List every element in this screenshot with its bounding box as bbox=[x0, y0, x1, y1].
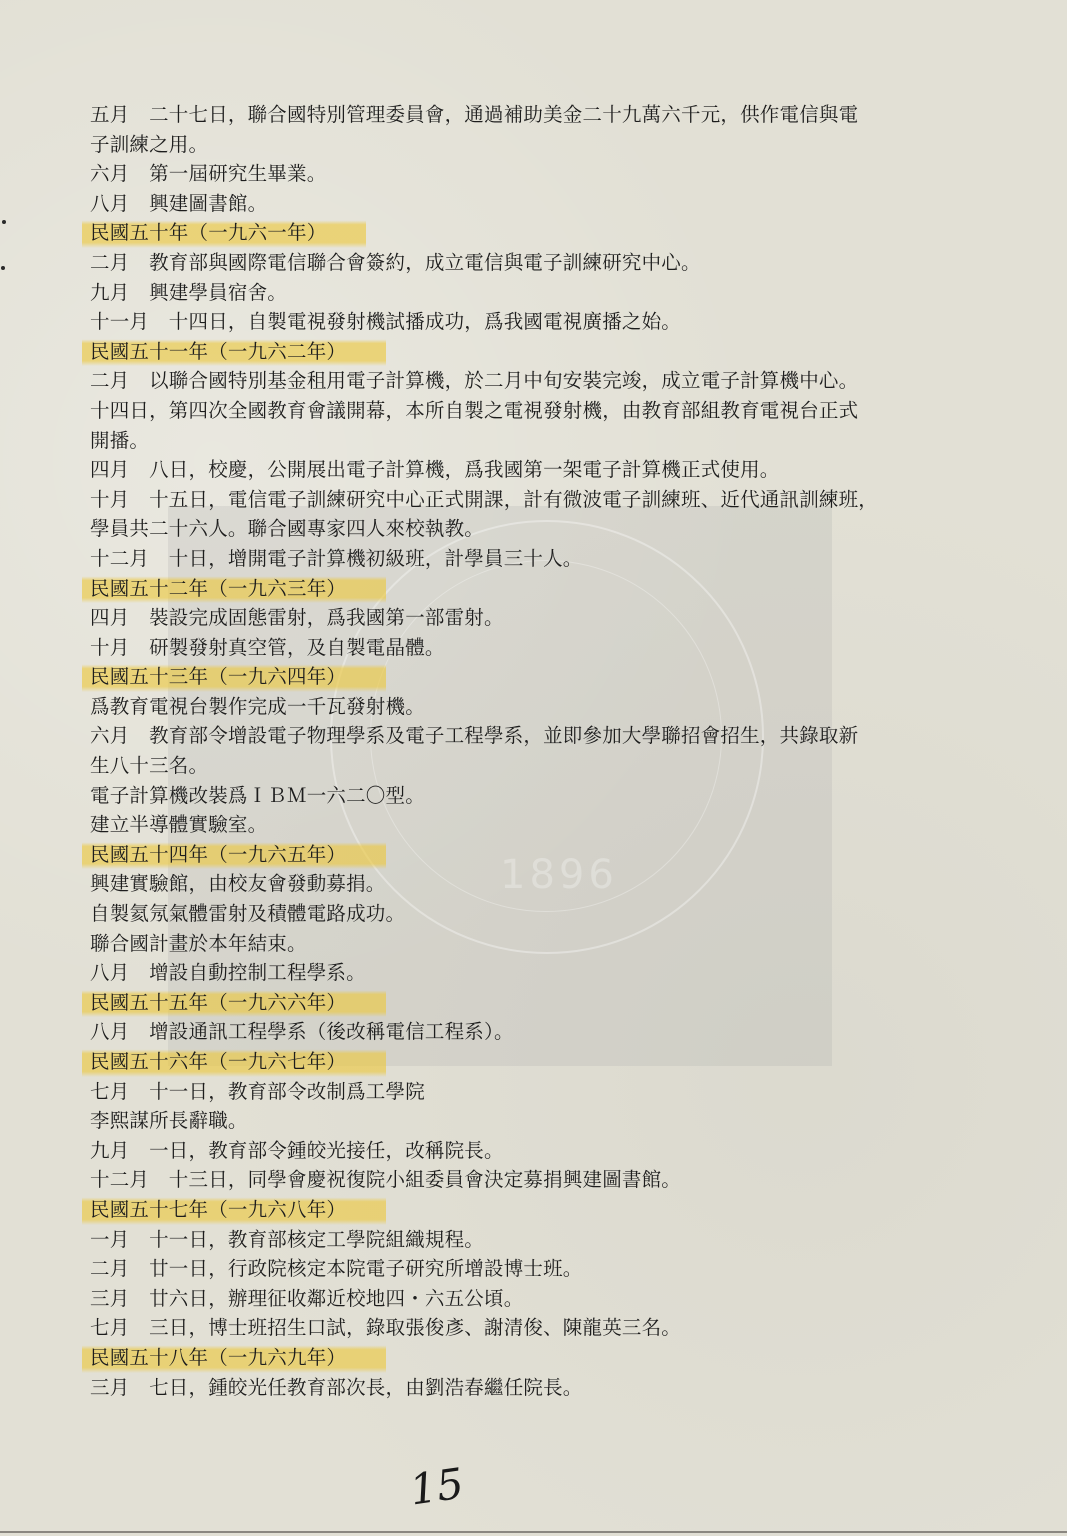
entry-line: 十月 十五日，電信電子訓練研究中心正式開課，計有微波電子訓練班、近代通訊訓練班， bbox=[90, 488, 878, 511]
entry-line: 九月 一日，教育部令鍾皎光接任，改稱院長。 bbox=[90, 1139, 504, 1162]
entry-line: 二月 以聯合國特別基金租用電子計算機，於二月中旬安裝完竣，成立電子計算機中心。 bbox=[90, 369, 858, 392]
entry-line: 七月 十一日，教育部令改制爲工學院 bbox=[90, 1080, 425, 1103]
entry-line: 九月 興建學員宿舍。 bbox=[90, 281, 287, 304]
entry-line: 八月 增設自動控制工程學系。 bbox=[90, 961, 366, 984]
entry-line: 三月 廿六日，辦理征收鄰近校地四・六五公頃。 bbox=[90, 1287, 523, 1310]
entry-line: 六月 第一屆研究生畢業。 bbox=[90, 162, 326, 185]
entry-line: 十月 研製發射真空管，及自製電晶體。 bbox=[90, 636, 445, 659]
entry-line: 四月 八日，校慶，公開展出電子計算機，爲我國第一架電子計算機正式使用。 bbox=[90, 458, 780, 481]
entry-line: 學員共二十六人。聯合國專家四人來校執教。 bbox=[90, 517, 484, 540]
entry-line: 生八十三名。 bbox=[90, 754, 208, 777]
entry-line: 二月 廿一日，行政院核定本院電子研究所增設博士班。 bbox=[90, 1257, 583, 1280]
entry-line: 爲教育電視台製作完成一千瓦發射機。 bbox=[90, 695, 425, 718]
year-heading: 民國五十三年（一九六四年） bbox=[82, 662, 386, 692]
entry-line: 十一月 十四日，自製電視發射機試播成功，爲我國電視廣播之始。 bbox=[90, 310, 681, 333]
year-heading: 民國五十一年（一九六二年） bbox=[82, 337, 386, 367]
entry-line: 電子計算機改裝爲ＩＢＭ一六二〇型。 bbox=[90, 784, 425, 807]
binder-hole-mark bbox=[1, 266, 5, 270]
binder-hole-mark bbox=[2, 220, 6, 224]
entry-line: 六月 教育部令增設電子物理學系及電子工程學系，並即參加大學聯招會招生，共錄取新 bbox=[90, 724, 858, 747]
chronology-text: 五月 二十七日，聯合國特別管理委員會，通過補助美金二十九萬六千元，供作電信與電 … bbox=[90, 100, 970, 1402]
year-heading: 民國五十二年（一九六三年） bbox=[82, 574, 386, 604]
entry-line: 開播。 bbox=[90, 429, 149, 452]
entry-line: 三月 七日，鍾皎光任教育部次長，由劉浩春繼任院長。 bbox=[90, 1376, 583, 1399]
entry-line: 自製氦氖氣體雷射及積體電路成功。 bbox=[90, 902, 405, 925]
year-heading: 民國五十七年（一九六八年） bbox=[82, 1195, 386, 1225]
entry-line: 子訓練之用。 bbox=[90, 133, 208, 156]
year-heading: 民國五十八年（一九六九年） bbox=[82, 1343, 386, 1373]
entry-line: 興建實驗館，由校友會發動募捐。 bbox=[90, 872, 386, 895]
year-heading: 民國五十四年（一九六五年） bbox=[82, 840, 386, 870]
entry-line: 七月 三日，博士班招生口試，錄取張俊彥、謝清俊、陳龍英三名。 bbox=[90, 1316, 681, 1339]
entry-line: 聯合國計畫於本年結束。 bbox=[90, 932, 307, 955]
entry-line: 四月 裝設完成固態雷射，爲我國第一部雷射。 bbox=[90, 606, 504, 629]
entry-line: 二月 教育部與國際電信聯合會簽約，成立電信與電子訓練研究中心。 bbox=[90, 251, 701, 274]
entry-line: 十四日，第四次全國教育會議開幕，本所自製之電視發射機，由教育部組教育電視台正式 bbox=[90, 399, 858, 422]
year-heading: 民國五十五年（一九六六年） bbox=[82, 988, 386, 1018]
entry-line: 建立半導體實驗室。 bbox=[90, 813, 267, 836]
year-heading: 民國五十六年（一九六七年） bbox=[82, 1047, 386, 1077]
entry-line: 李熙謀所長辭職。 bbox=[90, 1109, 248, 1132]
entry-line: 一月 十一日，教育部核定工學院組織規程。 bbox=[90, 1228, 484, 1251]
handwritten-page-number: 15 bbox=[407, 1459, 467, 1515]
entry-line: 五月 二十七日，聯合國特別管理委員會，通過補助美金二十九萬六千元，供作電信與電 bbox=[90, 103, 858, 126]
entry-line: 八月 興建圖書館。 bbox=[90, 192, 267, 215]
entry-line: 十二月 十三日，同學會慶祝復院小組委員會決定募捐興建圖書館。 bbox=[90, 1168, 681, 1191]
entry-line: 十二月 十日，增開電子計算機初級班，計學員三十人。 bbox=[90, 547, 583, 570]
year-heading: 民國五十年（一九六一年） bbox=[82, 218, 366, 248]
page-bottom-edge bbox=[0, 1531, 1067, 1533]
entry-line: 八月 增設通訊工程學系（後改稱電信工程系）。 bbox=[90, 1020, 514, 1043]
